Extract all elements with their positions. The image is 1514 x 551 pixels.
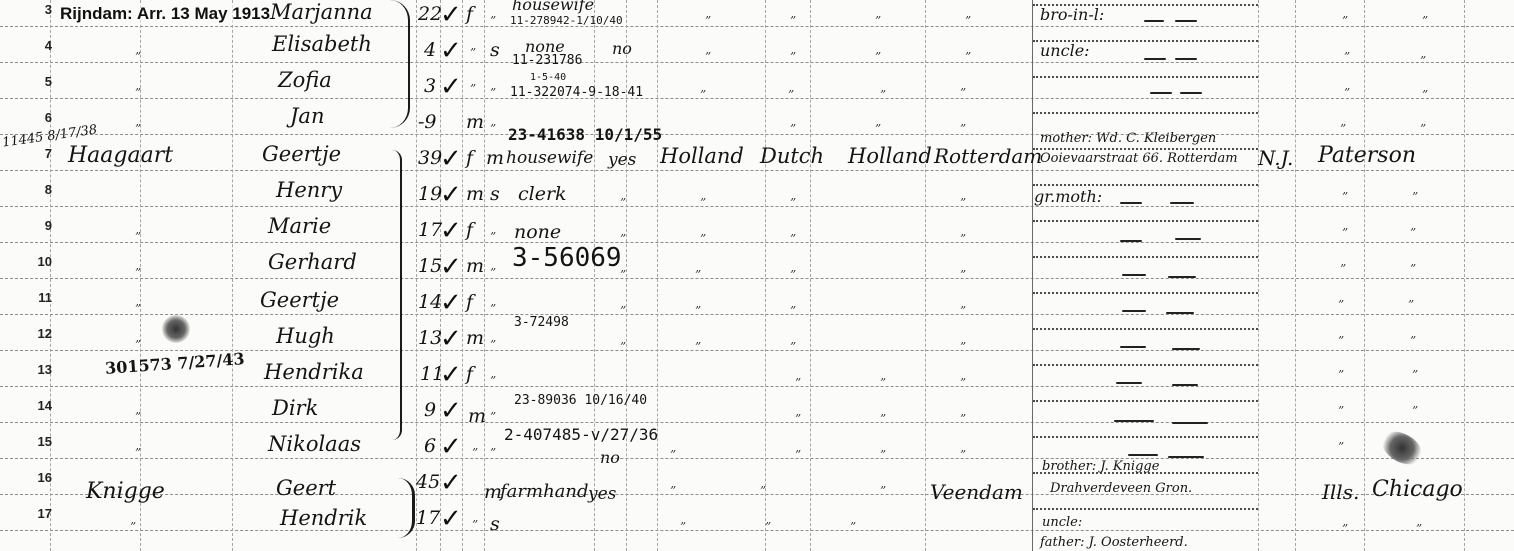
family-group-brace [390, 0, 410, 128]
age: 13 [418, 328, 442, 348]
ditto-mark: ” [1344, 50, 1350, 64]
naturalization-annotation: 11-322074-9-18-41 [510, 86, 643, 100]
ditto-mark: ” [135, 446, 141, 460]
family-name: Haagaart [68, 146, 173, 166]
line-number: 5 [22, 74, 52, 89]
destination-city: Paterson [1318, 146, 1416, 166]
manifest-page: Rijndam: Arr. 13 May 1913 3 4 5 6 7 8 9 … [0, 0, 1514, 551]
nearest-relative: gr.moth: [1034, 188, 1102, 206]
ditto-mark: ” [695, 268, 701, 282]
ditto-mark: ” [1338, 334, 1344, 348]
relative-subline [1033, 292, 1258, 294]
relative-subline [1033, 328, 1258, 330]
check-mark-icon: ✓ [440, 326, 462, 352]
ditto-mark: ” [705, 14, 711, 28]
ditto-mark: ” [875, 50, 881, 64]
ditto-mark: ” [965, 14, 971, 28]
ditto-mark: ” [960, 196, 966, 210]
family-group-brace [380, 150, 402, 440]
ditto-mark: ” [788, 88, 794, 102]
check-mark-icon: ✓ [440, 182, 462, 208]
ink-stain [1376, 425, 1428, 471]
dash-mark [1175, 58, 1197, 60]
ditto-mark: ” [960, 122, 966, 136]
ditto-mark: ” [1412, 190, 1418, 204]
ditto-mark: ” [472, 446, 478, 460]
ditto-mark: ” [1340, 262, 1346, 276]
sex: f [466, 292, 473, 312]
ditto-mark: ” [490, 86, 496, 100]
line-number: 12 [22, 326, 52, 341]
dash-mark [1144, 20, 1164, 22]
column-rule [626, 0, 627, 551]
ditto-mark: ” [850, 520, 856, 534]
destination-city: Chicago [1372, 480, 1463, 500]
ditto-mark: ” [965, 50, 971, 64]
ditto-mark: ” [470, 82, 476, 96]
ditto-mark: ” [135, 122, 141, 136]
ditto-mark: ” [1422, 88, 1428, 102]
line-number: 9 [22, 218, 52, 233]
ditto-mark: ” [620, 232, 626, 246]
line-number: 10 [22, 254, 52, 269]
given-name: Hugh [276, 326, 335, 346]
line-number: 15 [22, 434, 52, 449]
column-rule [1258, 0, 1259, 551]
ditto-mark: ” [960, 232, 966, 246]
relative-subline [1033, 400, 1258, 402]
ditto-mark: ” [695, 304, 701, 318]
dash-mark [1175, 238, 1201, 240]
ditto-mark: ” [790, 196, 796, 210]
ditto-mark: ” [670, 484, 676, 498]
ditto-mark: ” [790, 340, 796, 354]
ditto-mark: ” [880, 484, 886, 498]
sex: f [466, 364, 473, 384]
ditto-mark: ” [790, 50, 796, 64]
ditto-mark: ” [680, 520, 686, 534]
column-rule [232, 0, 233, 551]
age: 19 [418, 184, 442, 204]
sex: m [466, 184, 484, 204]
given-name: Gerhard [268, 252, 357, 272]
line-number: 7 [22, 146, 52, 161]
naturalization-annotation: 23-89036 10/16/40 [514, 394, 647, 408]
ditto-mark: ” [1408, 298, 1414, 312]
check-mark-icon: ✓ [440, 362, 462, 388]
line-number: 11 [22, 290, 52, 305]
dash-mark [1168, 276, 1196, 278]
destination-state: N.J. [1258, 148, 1293, 168]
sex: m [466, 328, 484, 348]
read-write: no [600, 448, 620, 468]
citizenship: Holland [660, 146, 744, 166]
nearest-relative: brother: J. Knigge [1042, 460, 1159, 474]
row-rule [0, 242, 1514, 243]
given-name: Hendrik [280, 508, 367, 528]
sex: f [466, 148, 473, 168]
nearest-relative: father: J. Oosterheerd. [1040, 536, 1188, 550]
age: 15 [418, 256, 442, 276]
ditto-mark: ” [135, 266, 141, 280]
line-number: 6 [22, 110, 52, 125]
line-number: 3 [22, 2, 52, 17]
margin-note: 301573 7/27/43 [105, 350, 246, 378]
relative-subline [1033, 112, 1258, 114]
column-rule [657, 0, 658, 551]
line-number: 8 [22, 182, 52, 197]
ditto-mark: ” [620, 304, 626, 318]
age: 17 [416, 508, 440, 528]
ditto-mark: ” [1410, 334, 1416, 348]
column-rule [1364, 0, 1365, 551]
ditto-mark: ” [795, 412, 801, 426]
ditto-mark: ” [1420, 122, 1426, 136]
ditto-mark: ” [135, 86, 141, 100]
given-name: Dirk [272, 398, 318, 418]
ditto-mark: ” [960, 448, 966, 462]
ditto-mark: ” [960, 412, 966, 426]
family-name: Knigge [86, 482, 165, 502]
ditto-mark: ” [490, 14, 496, 28]
ditto-mark: ” [960, 268, 966, 282]
ditto-mark: ” [1412, 404, 1418, 418]
ditto-mark: ” [1416, 522, 1422, 536]
ditto-mark: ” [795, 376, 801, 390]
age: 9 [424, 400, 436, 420]
nearest-relative: bro-in-l: [1040, 6, 1104, 24]
sex: m [466, 112, 484, 132]
dash-mark [1122, 310, 1146, 312]
dash-mark [1175, 20, 1197, 22]
residence-country: Holland [848, 146, 932, 166]
ditto-mark: ” [1338, 298, 1344, 312]
ditto-mark: ” [135, 410, 141, 424]
column-rule [462, 0, 463, 551]
ditto-mark: ” [490, 338, 496, 352]
ditto-mark: ” [880, 448, 886, 462]
ditto-mark: ” [700, 88, 706, 102]
row-rule [0, 170, 1514, 171]
ditto-mark: ” [1340, 122, 1346, 136]
relative-subline [1033, 364, 1258, 366]
occupation: none [514, 222, 561, 242]
check-mark-icon: ✓ [440, 290, 462, 316]
check-mark-icon: ✓ [440, 38, 462, 64]
dash-mark [1172, 422, 1208, 424]
given-name: Marie [268, 216, 331, 236]
column-rule [416, 0, 417, 551]
ditto-mark: ” [960, 86, 966, 100]
ditto-mark: ” [705, 50, 711, 64]
dash-mark [1180, 92, 1202, 94]
relative-subline [1033, 184, 1258, 186]
ditto-mark: ” [490, 122, 496, 136]
age: 3 [424, 76, 436, 96]
given-name: Geertje [260, 290, 339, 310]
marital-status: m [486, 148, 504, 168]
sex: m [466, 256, 484, 276]
occupation: clerk [518, 184, 567, 204]
age: 4 [424, 40, 436, 60]
age: 22 [418, 4, 442, 24]
marital-occupation: farmhand [500, 482, 589, 502]
ditto-mark: ” [620, 196, 626, 210]
check-mark-icon: ✓ [440, 398, 462, 424]
ditto-mark: ” [1342, 226, 1348, 240]
column-rule [594, 0, 595, 551]
naturalization-annotation: 11-278942-1/10/40 [510, 14, 623, 28]
age: 14 [418, 292, 442, 312]
relative-subline [1033, 436, 1258, 438]
ditto-mark: ” [700, 196, 706, 210]
age: -9 [418, 112, 437, 132]
column-rule [484, 0, 485, 551]
row-rule [0, 98, 1514, 99]
row-rule [0, 458, 1514, 459]
given-name: Elisabeth [272, 34, 372, 54]
ditto-mark: ” [880, 376, 886, 390]
relative-subline [1033, 148, 1258, 150]
ditto-mark: ” [790, 14, 796, 28]
line-number: 14 [22, 398, 52, 413]
read-write: yes [588, 484, 616, 504]
relative-address: Drahverdeveen Gron. [1050, 482, 1192, 496]
relative-subline [1033, 508, 1258, 510]
check-mark-icon: ✓ [440, 218, 462, 244]
given-name: Marjanna [270, 2, 373, 22]
row-rule [0, 386, 1514, 387]
check-mark-icon: ✓ [440, 2, 462, 28]
dash-mark [1122, 274, 1146, 276]
ditto-mark: ” [1410, 226, 1416, 240]
ditto-mark: ” [135, 338, 141, 352]
ditto-mark: ” [1410, 262, 1416, 276]
occupation: housewife [512, 0, 594, 14]
dash-mark [1166, 312, 1194, 314]
nearest-relative: mother: Wd. C. Kleibergen [1040, 132, 1216, 146]
ditto-mark: ” [700, 232, 706, 246]
ditto-mark: ” [490, 266, 496, 280]
naturalization-annotation: 1-5-40 [530, 71, 566, 85]
row-rule [0, 314, 1514, 315]
dash-mark [1120, 202, 1142, 204]
ditto-mark: ” [490, 410, 496, 424]
sex: f [466, 4, 473, 24]
dash-mark [1120, 240, 1142, 242]
given-name: Henry [276, 180, 342, 200]
check-mark-icon: ✓ [440, 434, 462, 460]
read-write: no [612, 40, 632, 58]
column-rule [925, 0, 926, 551]
ditto-mark: ” [1342, 522, 1348, 536]
read-write: yes [608, 150, 636, 170]
column-rule [810, 0, 811, 551]
given-name: Jan [290, 106, 324, 126]
ditto-mark: ” [470, 46, 476, 60]
row-rule [0, 422, 1514, 423]
row-rule [0, 530, 1514, 531]
ditto-mark: ” [1342, 14, 1348, 28]
residence-city: Rotterdam [934, 146, 1042, 166]
line-number: 4 [22, 38, 52, 53]
ditto-mark: ” [790, 304, 796, 318]
line-number: 13 [22, 362, 52, 377]
ditto-mark: ” [620, 340, 626, 354]
ditto-mark: ” [765, 520, 771, 534]
dash-mark [1128, 454, 1158, 456]
given-name: Geert [276, 478, 336, 498]
residence-city: Veendam [930, 482, 1023, 502]
naturalization-annotation: 23-41638 10/1/55 [508, 126, 662, 144]
row-rule [0, 278, 1514, 279]
dash-mark [1150, 92, 1172, 94]
marital-status: s [490, 40, 500, 60]
ditto-mark: ” [490, 302, 496, 316]
check-mark-icon: ✓ [440, 506, 462, 532]
line-number: 17 [22, 506, 52, 521]
age: 39 [418, 148, 442, 168]
line-number: 16 [22, 470, 52, 485]
naturalization-annotation: 3-72498 [514, 316, 569, 330]
column-rule [1032, 0, 1033, 551]
ditto-mark: ” [790, 268, 796, 282]
ditto-mark: ” [960, 304, 966, 318]
given-name: Nikolaas [268, 434, 361, 454]
ditto-mark: ” [1338, 368, 1344, 382]
ditto-mark: ” [135, 50, 141, 64]
nearest-relative: uncle: [1040, 42, 1090, 60]
row-rule [0, 26, 1514, 27]
check-mark-icon: ✓ [440, 254, 462, 280]
age: 17 [418, 220, 442, 240]
ditto-mark: ” [135, 230, 141, 244]
ditto-mark: ” [130, 520, 136, 534]
ditto-mark: ” [620, 268, 626, 282]
given-name: Hendrika [264, 362, 364, 382]
row-rule [0, 494, 1514, 495]
ditto-mark: ” [472, 518, 478, 532]
ditto-mark: ” [790, 122, 796, 136]
ditto-mark: ” [695, 340, 701, 354]
ink-stain [162, 315, 190, 343]
ditto-mark: ” [1420, 54, 1426, 68]
naturalization-annotation: 3-56069 [512, 244, 622, 272]
ditto-mark: ” [790, 232, 796, 246]
family-group-brace [398, 478, 415, 538]
dash-mark [1144, 58, 1166, 60]
dash-mark [1114, 420, 1154, 422]
check-mark-icon: ✓ [440, 470, 462, 496]
check-mark-icon: ✓ [440, 74, 462, 100]
column-rule [765, 0, 766, 551]
occupation: housewife [506, 148, 593, 168]
ditto-mark: ” [135, 302, 141, 316]
nearest-relative: uncle: [1042, 516, 1082, 530]
ditto-mark: ” [960, 376, 966, 390]
relative-subline [1033, 220, 1258, 222]
dash-mark [1172, 348, 1200, 350]
sex: f [466, 220, 473, 240]
naturalization-annotation: 11-231786 [512, 54, 582, 68]
age: 6 [424, 436, 436, 456]
ditto-mark: ” [1338, 404, 1344, 418]
row-rule [0, 206, 1514, 207]
ditto-mark: ” [1412, 368, 1418, 382]
ditto-mark: ” [670, 448, 676, 462]
dash-mark [1170, 202, 1194, 204]
ditto-mark: ” [880, 412, 886, 426]
ditto-mark: ” [490, 230, 496, 244]
ditto-mark: ” [1338, 440, 1344, 454]
ditto-mark: ” [880, 88, 886, 102]
ditto-mark: ” [875, 122, 881, 136]
ditto-mark: ” [795, 448, 801, 462]
ditto-mark: ” [1344, 86, 1350, 100]
sex: m [468, 406, 486, 426]
column-rule [1464, 0, 1465, 551]
given-name: Zofia [278, 70, 332, 90]
check-mark-icon: ✓ [440, 146, 462, 172]
ship-arrival-caption: Rijndam: Arr. 13 May 1913 [58, 4, 272, 24]
dash-mark [1120, 346, 1146, 348]
ditto-mark: ” [490, 374, 496, 388]
naturalization-annotation: 2-407485-v/27/36 [504, 426, 658, 444]
column-rule [1295, 0, 1296, 551]
ditto-mark: ” [760, 484, 766, 498]
dash-mark [1116, 382, 1142, 384]
ditto-mark: ” [875, 14, 881, 28]
marital-status: s [490, 184, 500, 204]
race: Dutch [760, 146, 824, 166]
relative-subline [1033, 256, 1258, 258]
dash-mark [1168, 456, 1204, 458]
destination-state: Ills. [1322, 482, 1359, 502]
row-rule [0, 62, 1514, 63]
row-rule [0, 134, 1514, 135]
ditto-mark: ” [960, 340, 966, 354]
relative-address: Ooievaarstraat 66. Rotterdam [1040, 152, 1238, 166]
ditto-mark: ” [1422, 14, 1428, 28]
marital-status: s [490, 514, 500, 534]
ditto-mark: ” [1342, 190, 1348, 204]
dash-mark [1172, 384, 1198, 386]
given-name: Geertje [262, 144, 341, 164]
age: 45 [416, 472, 440, 492]
ditto-mark: ” [490, 446, 496, 460]
relative-subline [1033, 76, 1258, 78]
